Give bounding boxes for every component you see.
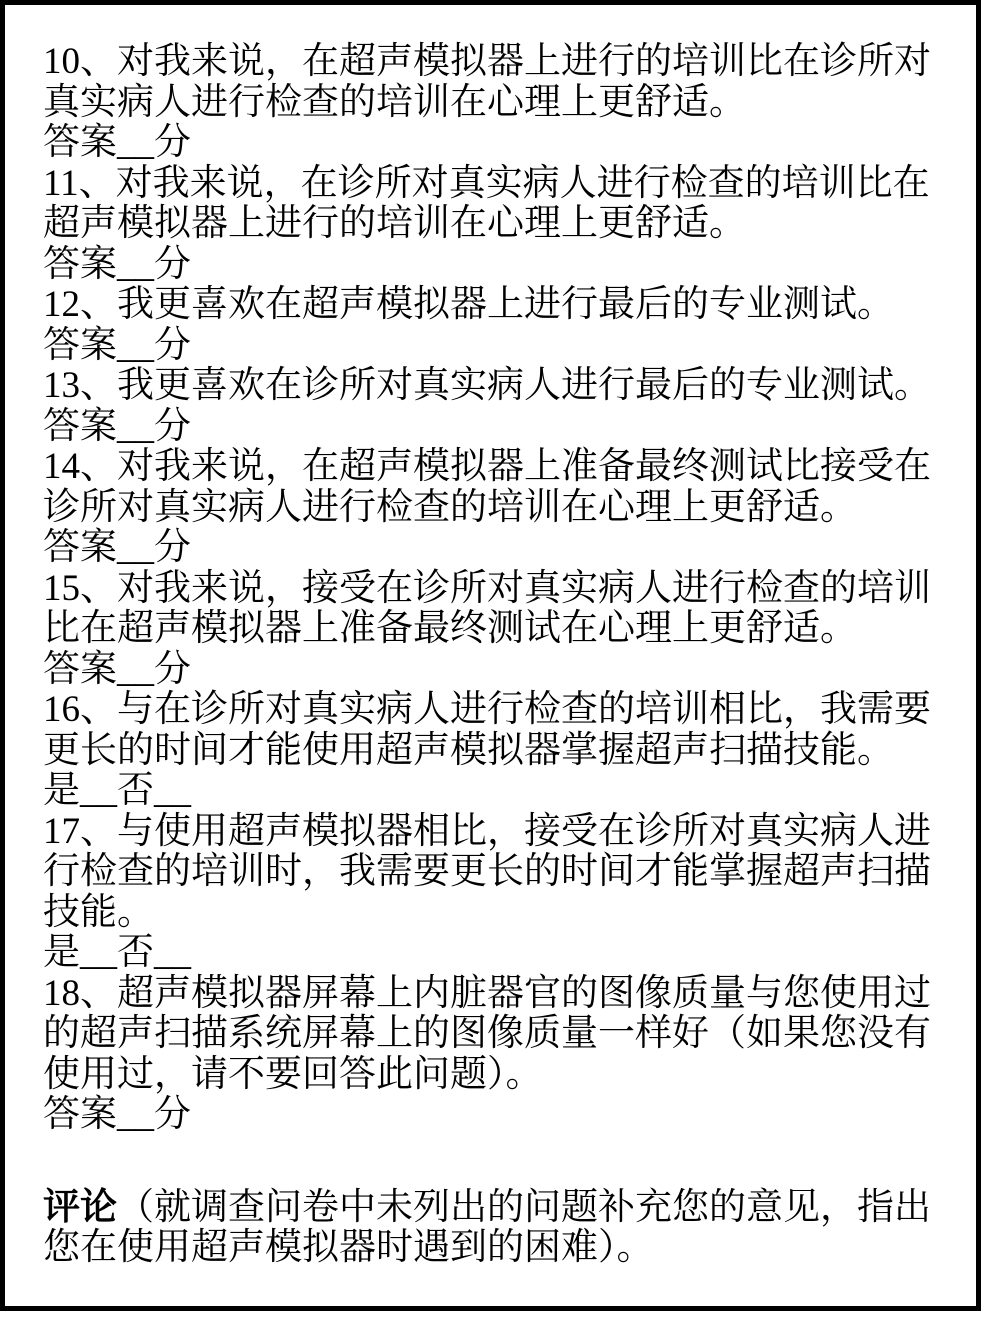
comments-line-1: 评论（就调查问卷中未列出的问题补充您的意见，指出 [43, 1188, 952, 1229]
question-10-text-line-1: 10、对我来说，在超声模拟器上进行的培训比在诊所对 [43, 42, 952, 83]
question-15-text-line-2: 比在超声模拟器上准备最终测试在心理上更舒适。 [43, 609, 952, 650]
page-border: 10、对我来说，在超声模拟器上进行的培训比在诊所对 真实病人进行检查的培训在心理… [0, 0, 981, 1311]
question-18: 18、超声模拟器屏幕上内脏器官的图像质量与您使用过 的超声扫描系统屏幕上的图像质… [43, 974, 952, 1136]
question-14: 14、对我来说，在超声模拟器上准备最终测试比接受在 诊所对真实病人进行检查的培训… [43, 447, 952, 569]
comments-heading: 评论 [43, 1187, 117, 1228]
question-16: 16、与在诊所对真实病人进行检查的培训相比，我需要 更长的时间才能使用超声模拟器… [43, 690, 952, 812]
question-18-answer-blank: 答案__分 [43, 1095, 952, 1136]
question-12: 12、我更喜欢在超声模拟器上进行最后的专业测试。 答案__分 [43, 285, 952, 366]
question-17-text-line-1: 17、与使用超声模拟器相比，接受在诊所对真实病人进 [43, 812, 952, 853]
question-12-text-line-1: 12、我更喜欢在超声模拟器上进行最后的专业测试。 [43, 285, 952, 326]
question-18-text-line-3: 使用过，请不要回答此问题）。 [43, 1055, 952, 1096]
comments-text-line-2: 您在使用超声模拟器时遇到的困难）。 [43, 1228, 952, 1269]
question-11: 11、对我来说，在诊所对真实病人进行检查的培训比在 超声模拟器上进行的培训在心理… [43, 164, 952, 286]
question-11-answer-blank: 答案__分 [43, 245, 952, 286]
question-10-answer-blank: 答案__分 [43, 123, 952, 164]
question-12-answer-blank: 答案__分 [43, 326, 952, 367]
question-13-text-line-1: 13、我更喜欢在诊所对真实病人进行最后的专业测试。 [43, 366, 952, 407]
question-15-answer-blank: 答案__分 [43, 650, 952, 691]
questionnaire-content: 10、对我来说，在超声模拟器上进行的培训比在诊所对 真实病人进行检查的培训在心理… [5, 5, 976, 1269]
question-13: 13、我更喜欢在诊所对真实病人进行最后的专业测试。 答案__分 [43, 366, 952, 447]
comments-text-line-1: （就调查问卷中未列出的问题补充您的意见，指出 [117, 1187, 931, 1228]
question-13-answer-blank: 答案__分 [43, 407, 952, 448]
question-15-text-line-1: 15、对我来说，接受在诊所对真实病人进行检查的培训 [43, 569, 952, 610]
question-16-yes-no-blank: 是__否__ [43, 771, 952, 812]
question-10: 10、对我来说，在超声模拟器上进行的培训比在诊所对 真实病人进行检查的培训在心理… [43, 42, 952, 164]
question-17-text-line-3: 技能。 [43, 893, 952, 934]
question-16-text-line-1: 16、与在诊所对真实病人进行检查的培训相比，我需要 [43, 690, 952, 731]
question-11-text-line-1: 11、对我来说，在诊所对真实病人进行检查的培训比在 [43, 164, 952, 205]
question-11-text-line-2: 超声模拟器上进行的培训在心理上更舒适。 [43, 204, 952, 245]
question-14-answer-blank: 答案__分 [43, 528, 952, 569]
question-18-text-line-1: 18、超声模拟器屏幕上内脏器官的图像质量与您使用过 [43, 974, 952, 1015]
question-15: 15、对我来说，接受在诊所对真实病人进行检查的培训 比在超声模拟器上准备最终测试… [43, 569, 952, 691]
question-14-text-line-2: 诊所对真实病人进行检查的培训在心理上更舒适。 [43, 488, 952, 529]
question-17-text-line-2: 行检查的培训时，我需要更长的时间才能掌握超声扫描 [43, 852, 952, 893]
question-17-yes-no-blank: 是__否__ [43, 933, 952, 974]
question-14-text-line-1: 14、对我来说，在超声模拟器上准备最终测试比接受在 [43, 447, 952, 488]
question-10-text-line-2: 真实病人进行检查的培训在心理上更舒适。 [43, 83, 952, 124]
question-16-text-line-2: 更长的时间才能使用超声模拟器掌握超声扫描技能。 [43, 731, 952, 772]
question-17: 17、与使用超声模拟器相比，接受在诊所对真实病人进 行检查的培训时，我需要更长的… [43, 812, 952, 974]
question-18-text-line-2: 的超声扫描系统屏幕上的图像质量一样好（如果您没有 [43, 1014, 952, 1055]
comments-section: 评论（就调查问卷中未列出的问题补充您的意见，指出 您在使用超声模拟器时遇到的困难… [43, 1188, 952, 1269]
